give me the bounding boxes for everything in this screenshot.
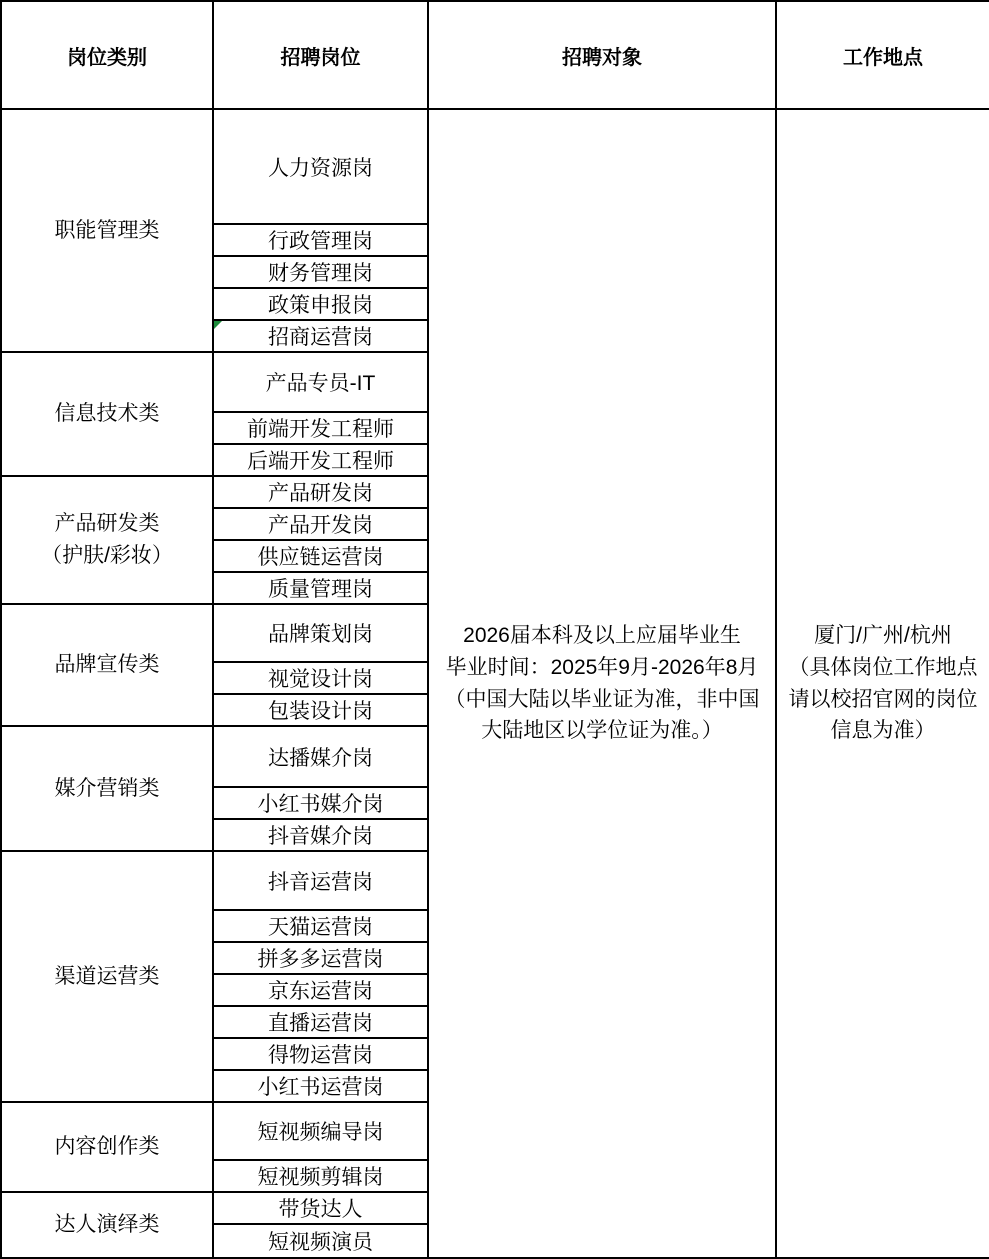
position-cell: 供应链运营岗 <box>213 540 428 572</box>
position-cell: 小红书运营岗 <box>213 1070 428 1102</box>
category-cell: 渠道运营类 <box>1 851 213 1102</box>
position-label: 招商运营岗 <box>268 326 373 349</box>
position-cell: 京东运营岗 <box>213 974 428 1006</box>
position-cell: 行政管理岗 <box>213 224 428 256</box>
category-cell: 媒介营销类 <box>1 726 213 851</box>
position-cell: 抖音运营岗 <box>213 851 428 910</box>
col-header-location: 工作地点 <box>776 1 989 109</box>
col-header-position: 招聘岗位 <box>213 1 428 109</box>
error-indicator-icon <box>214 321 222 329</box>
position-cell: 政策申报岗 <box>213 288 428 320</box>
position-cell: 财务管理岗 <box>213 256 428 288</box>
category-cell: 信息技术类 <box>1 352 213 476</box>
header-row: 岗位类别 招聘岗位 招聘对象 工作地点 <box>1 1 989 109</box>
position-cell: 品牌策划岗 <box>213 604 428 662</box>
position-cell: 后端开发工程师 <box>213 444 428 476</box>
position-cell: 带货达人 <box>213 1192 428 1224</box>
position-cell: 产品开发岗 <box>213 508 428 540</box>
position-cell: 小红书媒介岗 <box>213 787 428 819</box>
recruitment-table: 岗位类别 招聘岗位 招聘对象 工作地点 职能管理类 人力资源岗 2026届本科及… <box>0 0 989 1259</box>
position-cell: 抖音媒介岗 <box>213 819 428 851</box>
table-row: 职能管理类 人力资源岗 2026届本科及以上应届毕业生 毕业时间：2025年9月… <box>1 109 989 224</box>
col-header-target: 招聘对象 <box>428 1 776 109</box>
category-cell: 职能管理类 <box>1 109 213 352</box>
position-cell: 得物运营岗 <box>213 1038 428 1070</box>
category-cell: 达人演绎类 <box>1 1192 213 1258</box>
position-cell: 短视频编导岗 <box>213 1102 428 1160</box>
position-cell: 前端开发工程师 <box>213 412 428 444</box>
position-cell: 短视频剪辑岗 <box>213 1160 428 1192</box>
position-cell: 短视频演员 <box>213 1224 428 1258</box>
position-cell: 拼多多运营岗 <box>213 942 428 974</box>
position-cell: 质量管理岗 <box>213 572 428 604</box>
position-cell: 人力资源岗 <box>213 109 428 224</box>
category-cell: 产品研发类 （护肤/彩妆） <box>1 476 213 604</box>
position-cell: 产品研发岗 <box>213 476 428 508</box>
position-cell: 天猫运营岗 <box>213 910 428 942</box>
position-cell: 招商运营岗 <box>213 320 428 352</box>
position-cell: 包装设计岗 <box>213 694 428 726</box>
position-cell: 视觉设计岗 <box>213 662 428 694</box>
position-cell: 直播运营岗 <box>213 1006 428 1038</box>
recruit-target-cell: 2026届本科及以上应届毕业生 毕业时间：2025年9月-2026年8月 （中国… <box>428 109 776 1258</box>
position-cell: 产品专员-IT <box>213 352 428 412</box>
category-cell: 品牌宣传类 <box>1 604 213 726</box>
work-location-cell: 厦门/广州/杭州 （具体岗位工作地点 请以校招官网的岗位 信息为准） <box>776 109 989 1258</box>
col-header-category: 岗位类别 <box>1 1 213 109</box>
category-cell: 内容创作类 <box>1 1102 213 1192</box>
position-cell: 达播媒介岗 <box>213 726 428 787</box>
